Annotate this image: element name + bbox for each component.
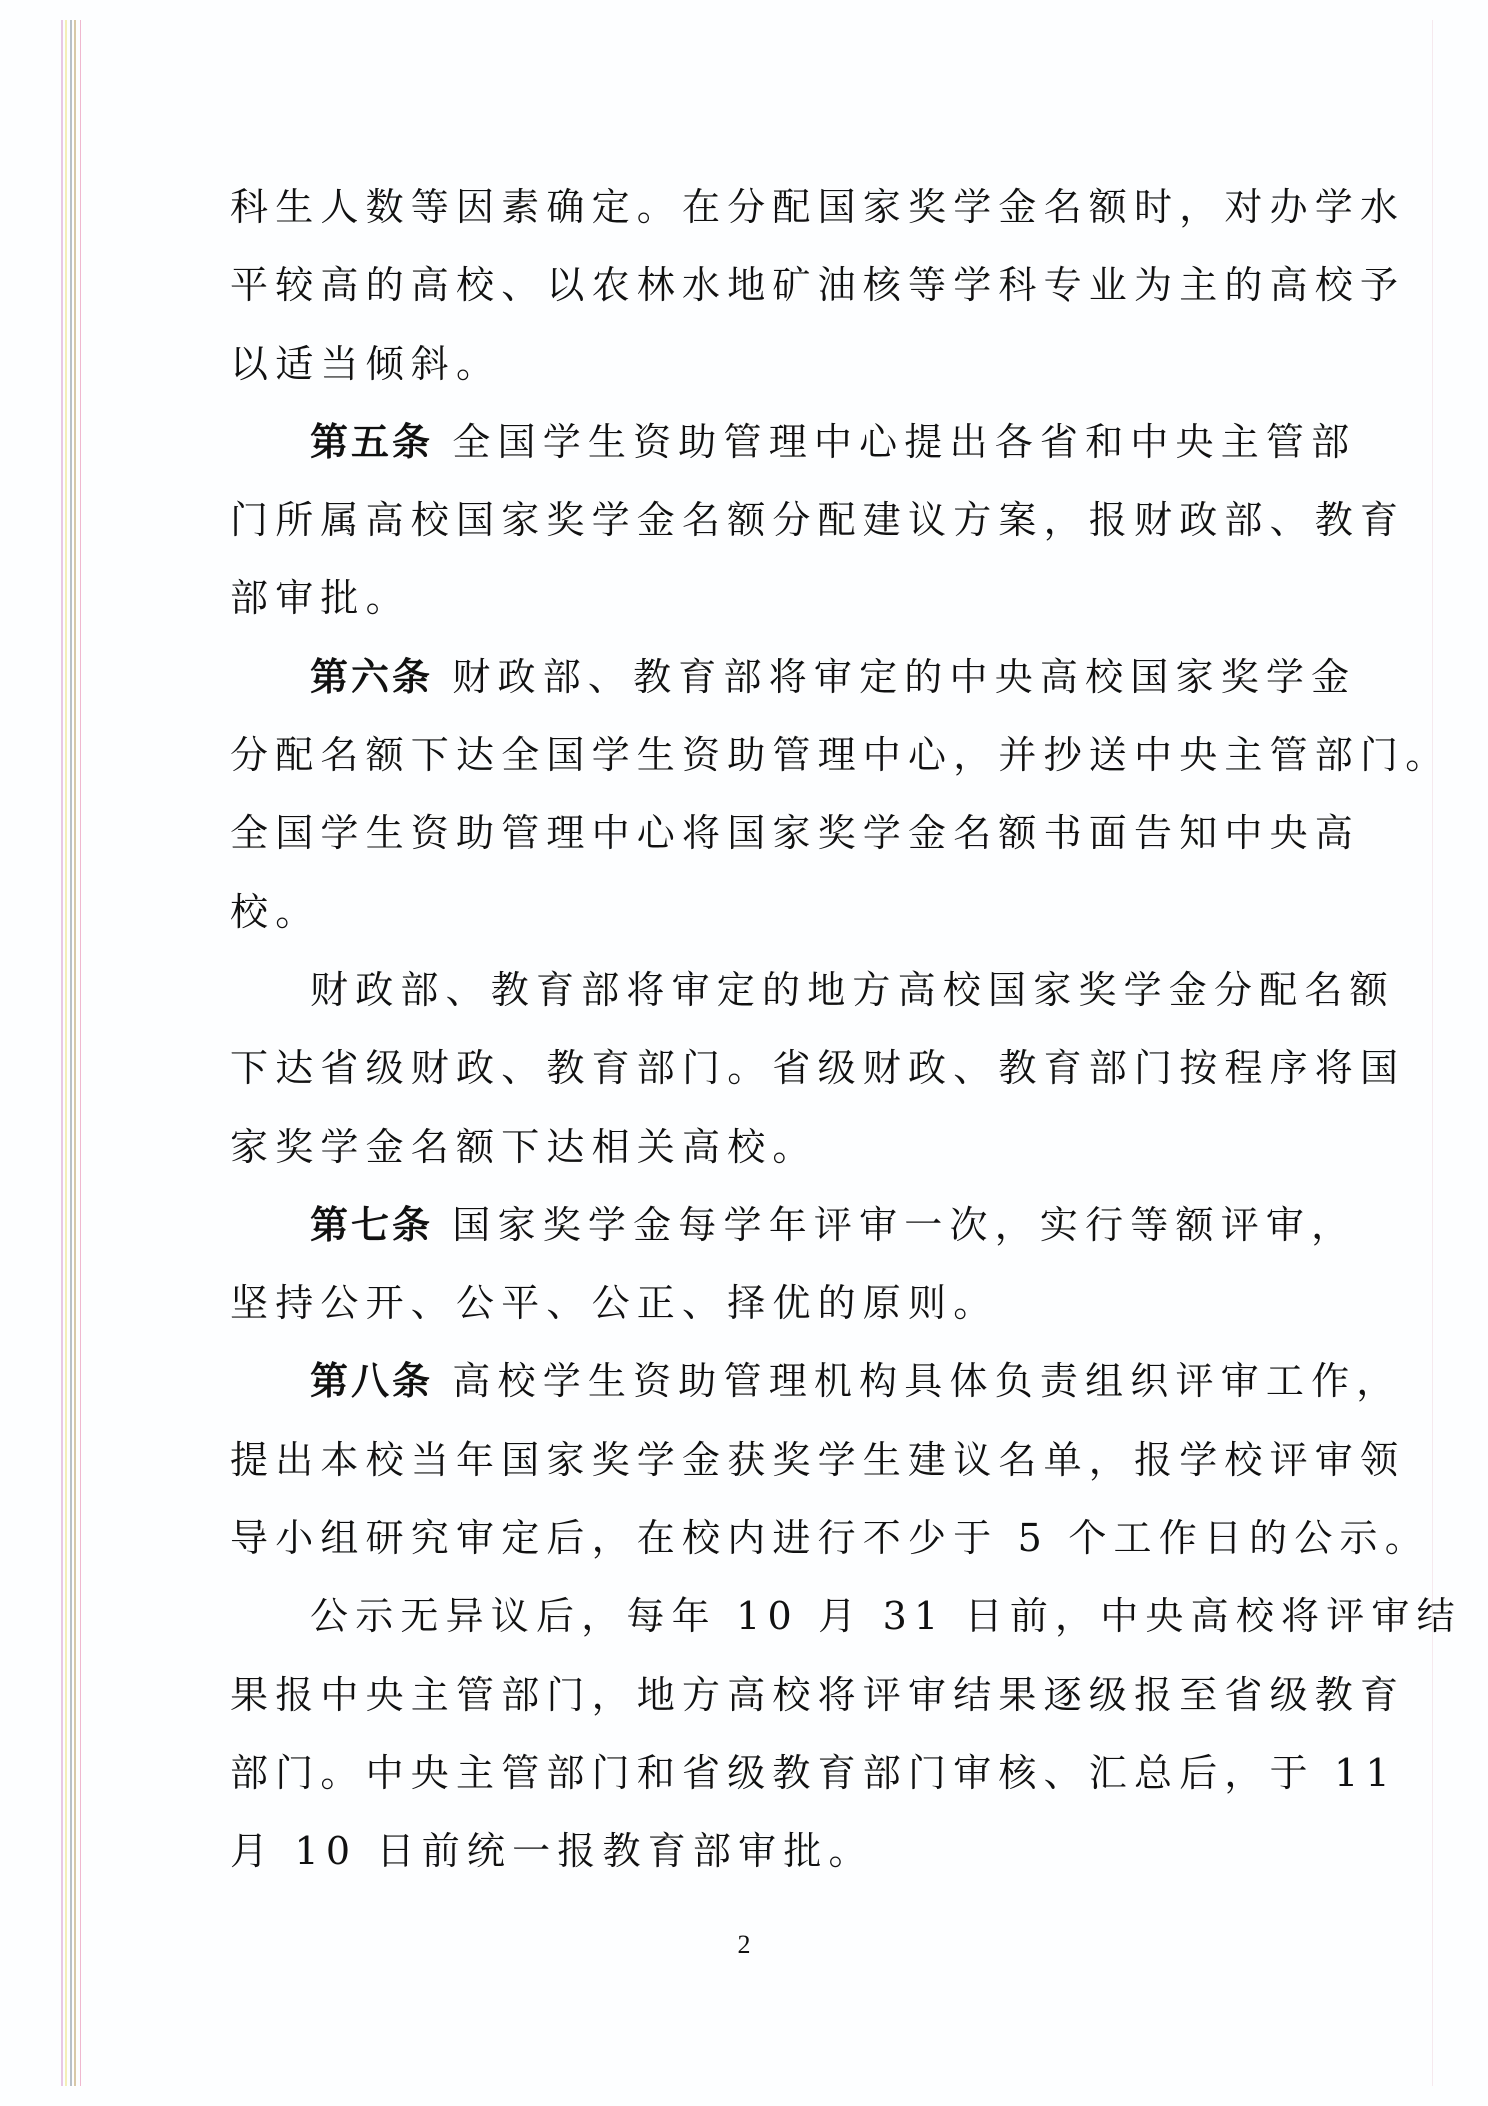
- page-number: 2: [0, 1930, 1488, 1960]
- text-line: 财政部、教育部将审定的地方高校国家奖学金分配名额: [230, 951, 1275, 1029]
- paragraph-local-universities: 财政部、教育部将审定的地方高校国家奖学金分配名额 下达省级财政、教育部门。省级财…: [230, 951, 1275, 1186]
- text-line: 门所属高校国家奖学金名额分配建议方案，报财政部、教育: [230, 481, 1275, 559]
- text-line: 部审批。: [230, 559, 1275, 637]
- text-line: 国家奖学金每学年评审一次，实行等额评审，: [452, 1203, 1356, 1247]
- text-line: 全国学生资助管理中心提出各省和中央主管部: [452, 420, 1356, 464]
- article-heading: 第六条: [310, 655, 433, 699]
- text-line: 公示无异议后，每年 10 月 31 日前，中央高校将评审结: [230, 1577, 1275, 1655]
- text-line: 导小组研究审定后，在校内进行不少于 5 个工作日的公示。: [230, 1499, 1275, 1577]
- text-line: 高校学生资助管理机构具体负责组织评审工作，: [452, 1359, 1401, 1403]
- scan-edge-stripe: [74, 20, 76, 2086]
- text-line: 家奖学金名额下达相关高校。: [230, 1108, 1275, 1186]
- text-line: 部门。中央主管部门和省级教育部门审核、汇总后，于 11: [230, 1734, 1275, 1812]
- paragraph-continuation: 科生人数等因素确定。在分配国家奖学金名额时，对办学水 平较高的高校、以农林水地矿…: [230, 168, 1275, 403]
- text-line: 下达省级财政、教育部门。省级财政、教育部门按程序将国: [230, 1029, 1275, 1107]
- article-8: 第八条 高校学生资助管理机构具体负责组织评审工作， 提出本校当年国家奖学金获奖学…: [230, 1342, 1275, 1577]
- text-line: 财政部、教育部将审定的中央高校国家奖学金: [452, 655, 1356, 699]
- document-body: 科生人数等因素确定。在分配国家奖学金名额时，对办学水 平较高的高校、以农林水地矿…: [230, 168, 1275, 1891]
- article-6: 第六条 财政部、教育部将审定的中央高校国家奖学金 分配名额下达全国学生资助管理中…: [230, 638, 1275, 951]
- text-line: 科生人数等因素确定。在分配国家奖学金名额时，对办学水: [230, 168, 1275, 246]
- scan-edge-stripe: [80, 20, 81, 2086]
- text-line: 平较高的高校、以农林水地矿油核等学科专业为主的高校予: [230, 246, 1275, 324]
- scan-edge-stripe: [65, 20, 67, 2086]
- article-heading: 第五条: [310, 420, 433, 464]
- text-line: 月 10 日前统一报教育部审批。: [230, 1812, 1275, 1890]
- text-line: 全国学生资助管理中心将国家奖学金名额书面告知中央高: [230, 794, 1275, 872]
- scan-edge-stripe: [70, 20, 72, 2086]
- text-line: 分配名额下达全国学生资助管理中心，并抄送中央主管部门。: [230, 716, 1275, 794]
- text-line: 提出本校当年国家奖学金获奖学生建议名单，报学校评审领: [230, 1421, 1275, 1499]
- text-line: 果报中央主管部门，地方高校将评审结果逐级报至省级教育: [230, 1656, 1275, 1734]
- scan-edge-stripe: [61, 20, 63, 2086]
- article-7: 第七条 国家奖学金每学年评审一次，实行等额评审， 坚持公开、公平、公正、择优的原…: [230, 1186, 1275, 1343]
- article-heading: 第七条: [310, 1203, 433, 1247]
- text-line: 校。: [230, 873, 1275, 951]
- text-line: 坚持公开、公平、公正、择优的原则。: [230, 1264, 1275, 1342]
- text-line: 以适当倾斜。: [230, 325, 1275, 403]
- article-heading: 第八条: [310, 1359, 433, 1403]
- scan-right-edge: [1432, 20, 1433, 2086]
- article-5: 第五条 全国学生资助管理中心提出各省和中央主管部 门所属高校国家奖学金名额分配建…: [230, 403, 1275, 638]
- paragraph-publicity: 公示无异议后，每年 10 月 31 日前，中央高校将评审结 果报中央主管部门，地…: [230, 1577, 1275, 1890]
